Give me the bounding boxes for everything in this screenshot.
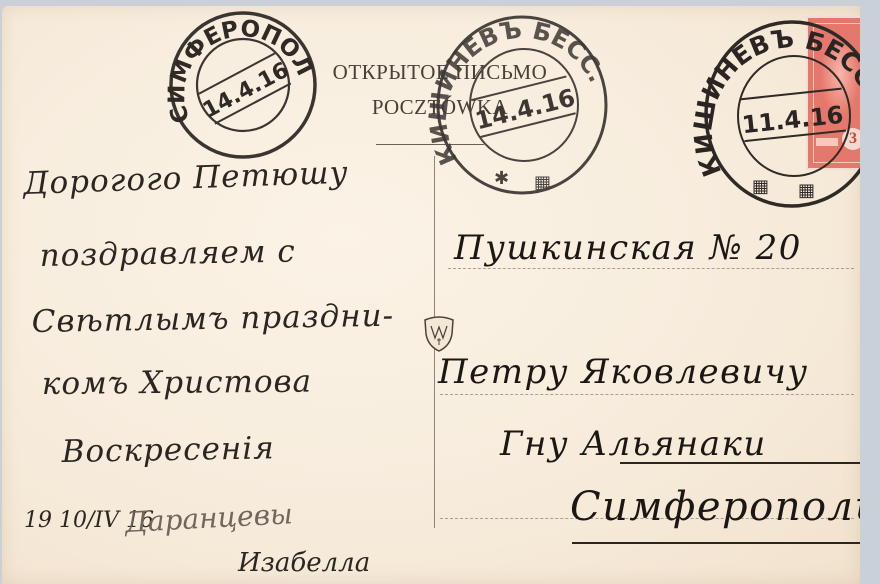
message-line-3: Свѣтлымъ праздни- — [31, 298, 394, 340]
signature-line-1: Даранцевы — [124, 497, 293, 539]
svg-text:▦: ▦ — [798, 180, 815, 201]
message-line-5: Воскресенія — [61, 430, 275, 470]
svg-text:▦: ▦ — [752, 176, 769, 197]
address-underline-2 — [572, 542, 860, 544]
publisher-emblem-icon — [422, 314, 456, 352]
postmark-kishinev-1: КИШИНЕВЪ БЕСС. 14.4.16 ✱ ▦ — [430, 10, 610, 200]
address-line-1: Пушкинская № 20 — [454, 228, 802, 268]
address-underline-1 — [620, 462, 860, 464]
postmark-simferopol: СИМФЕРОПОЛЬ 14.4.16 — [168, 10, 318, 160]
postmark-date: 11.4.16 — [741, 101, 845, 139]
postcard: ОТКРЫТОЕ ПИСЬМО POCZTÓWKA 3 СИМФЕРОПОЛЬ — [2, 6, 860, 584]
postmark-kishinev-2: КИШИНЕВЪ БЕСС. 11.4.16 ▦ ▦ — [694, 12, 860, 212]
postmark-city: КИШИНЕВЪ БЕСС. — [424, 15, 612, 169]
address-line-3: Гну Альянаки — [500, 424, 767, 464]
svg-text:КИШИНЕВЪ БЕСС.: КИШИНЕВЪ БЕСС. — [424, 15, 612, 169]
message-line-1: Дорогого Петюшу — [23, 155, 349, 202]
address-dotted-line-2 — [440, 394, 854, 395]
message-line-4: комъ Христова — [42, 364, 313, 402]
address-line-4: Симферополь — [570, 484, 860, 530]
address-line-2: Петру Яковлевичу — [438, 352, 809, 392]
svg-text:✱: ✱ — [494, 168, 509, 189]
svg-text:▦: ▦ — [534, 172, 551, 193]
postmark-date: 14.4.16 — [472, 83, 577, 135]
signature-line-2: Изабелла — [238, 548, 370, 578]
message-line-2: поздравляем с — [39, 234, 296, 274]
address-dotted-line-1 — [448, 268, 854, 269]
